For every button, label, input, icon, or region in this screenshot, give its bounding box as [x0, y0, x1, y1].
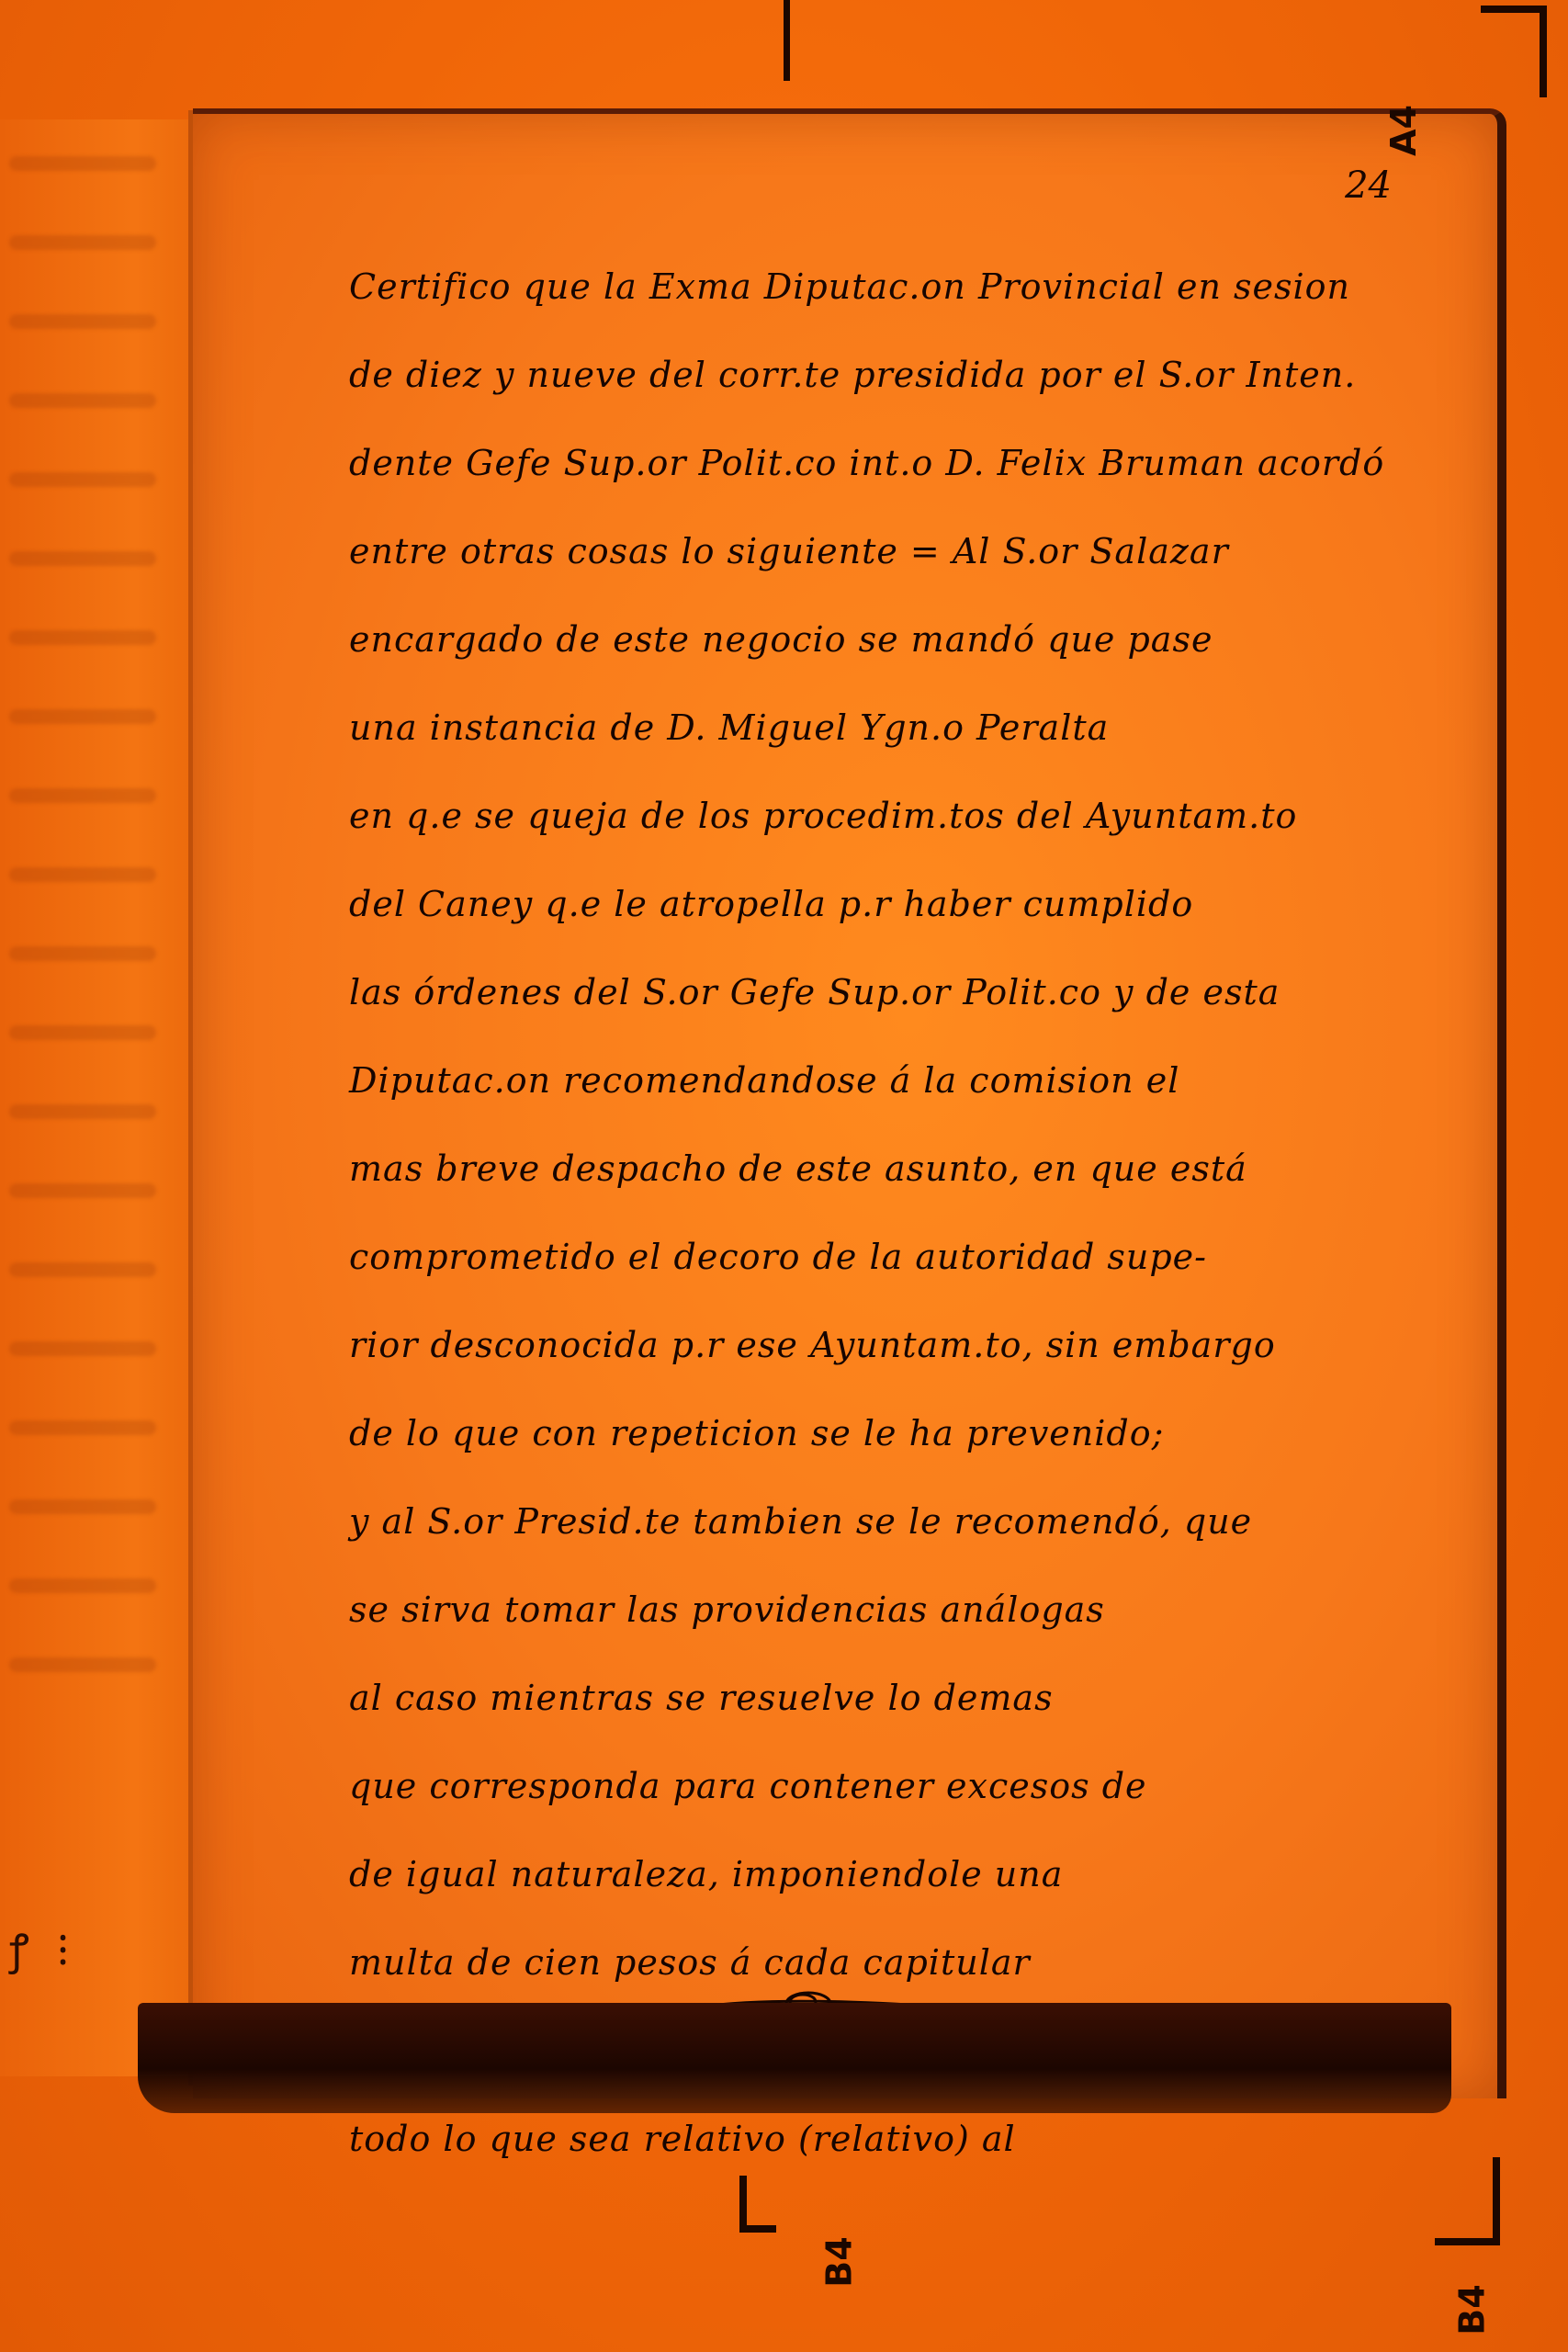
manuscript-text: Certifico que la Exma Diputac.on Provinc… — [349, 243, 1451, 2183]
facing-page-bleedthrough — [0, 156, 184, 1736]
frame-label-top-right: A4 — [1383, 105, 1424, 156]
frame-marker-top-center — [784, 0, 790, 81]
manuscript-line: una instancia de D. Miguel Ygn.o Peralta — [349, 684, 1451, 772]
manuscript-line: encargado de este negocio se mandó que p… — [349, 595, 1451, 684]
manuscript-line: entre otras cosas lo siguiente = Al S.or… — [349, 507, 1451, 595]
frame-marker-top-right-h — [1481, 6, 1547, 13]
manuscript-line: al caso mientras se resuelve lo demas — [349, 1654, 1451, 1742]
facing-page-ink-marks: ꝭ ⁝ — [9, 1920, 76, 1977]
manuscript-line: del Caney q.e le atropella p.r haber cum… — [349, 860, 1451, 948]
folio-number: 24 — [1345, 164, 1392, 207]
manuscript-line: dente Gefe Sup.or Polit.co int.o D. Feli… — [349, 419, 1451, 507]
frame-marker-bottom-right-v — [1493, 2157, 1500, 2245]
frame-marker-bottom-center-h — [739, 2225, 776, 2233]
frame-label-bottom-center: B4 — [819, 2236, 860, 2287]
manuscript-line: que corresponda para contener excesos de — [349, 1742, 1451, 1830]
frame-label-bottom-right: B4 — [1452, 2284, 1493, 2335]
manuscript-line: las órdenes del S.or Gefe Sup.or Polit.c… — [349, 948, 1451, 1036]
manuscript-line: se sirva tomar las providencias análogas — [349, 1566, 1451, 1654]
manuscript-line: de igual naturaleza, imponiendole una — [349, 1830, 1451, 1918]
facing-page: ꝭ ⁝ — [0, 119, 195, 2076]
manuscript-line: Certifico que la Exma Diputac.on Provinc… — [349, 243, 1451, 331]
frame-marker-bottom-center-v — [739, 2176, 747, 2231]
manuscript-line: en q.e se queja de los procedim.tos del … — [349, 772, 1451, 860]
frame-marker-top-right-v — [1540, 6, 1547, 97]
page-bottom-edge-shadow — [138, 2003, 1451, 2113]
frame-marker-bottom-right-h — [1435, 2238, 1500, 2245]
manuscript-line: y al S.or Presid.te tambien se le recome… — [349, 1477, 1451, 1566]
manuscript-line: de lo que con repeticion se le ha preven… — [349, 1389, 1451, 1477]
manuscript-line: de diez y nueve del corr.te presidida po… — [349, 331, 1451, 419]
manuscript-line: mas breve despacho de este asunto, en qu… — [349, 1125, 1451, 1213]
manuscript-line: rior desconocida p.r ese Ayuntam.to, sin… — [349, 1301, 1451, 1389]
manuscript-line: comprometido el decoro de la autoridad s… — [349, 1213, 1451, 1301]
manuscript-line: Diputac.on recomendandose á la comision … — [349, 1036, 1451, 1125]
manuscript-page: 24 Certifico que la Exma Diputac.on Prov… — [193, 108, 1506, 2098]
